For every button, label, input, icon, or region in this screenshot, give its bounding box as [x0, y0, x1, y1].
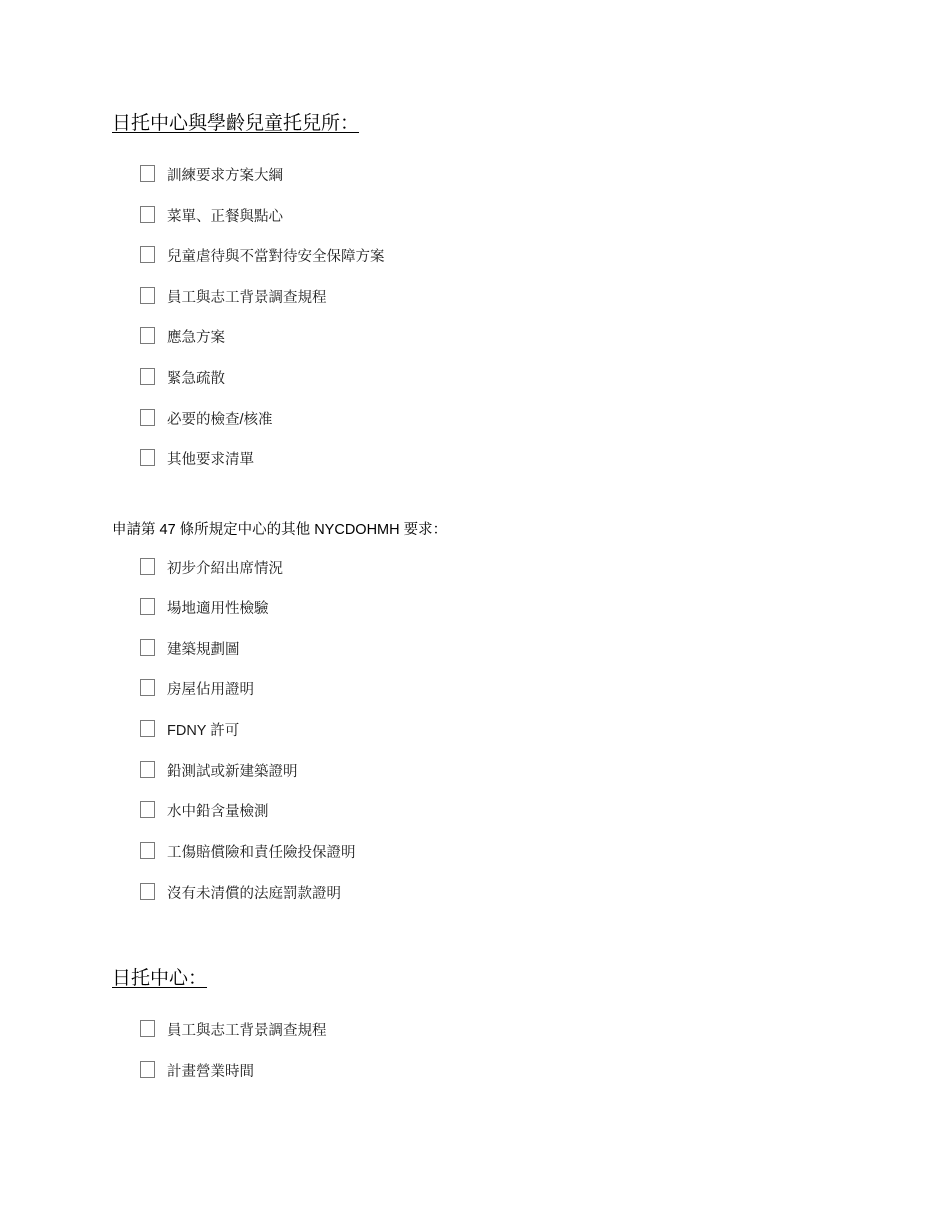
checklist-item-label: 場地適用性檢驗	[167, 600, 269, 618]
checklist-item[interactable]: 沒有未清償的法庭罰款證明	[140, 881, 341, 903]
checkbox[interactable]	[140, 287, 155, 304]
checklist-item[interactable]: 鉛測試或新建築證明	[140, 759, 298, 781]
checkbox[interactable]	[140, 1020, 155, 1037]
checkbox[interactable]	[140, 842, 155, 859]
checklist-item-label: 鉛測試或新建築證明	[167, 763, 298, 781]
checkbox[interactable]	[140, 246, 155, 263]
checkbox[interactable]	[140, 801, 155, 818]
checklist-item-label: 其他要求清單	[167, 451, 254, 469]
checklist-item[interactable]: 菜單、正餐與點心	[140, 204, 283, 226]
checkbox[interactable]	[140, 368, 155, 385]
checkbox[interactable]	[140, 558, 155, 575]
checklist-item-label: 建築規劃圖	[167, 641, 240, 659]
checklist-item-label: 應急方案	[167, 329, 225, 347]
checklist-item-label: 工傷賠償險和責任險投保證明	[167, 844, 356, 862]
checklist-item[interactable]: 計畫營業時間	[140, 1059, 254, 1081]
section-heading-daycare-and-school-age: 日托中心與學齡兒童托兒所：	[112, 112, 359, 136]
section-subheading-article-47-requirements: 申請第 47 條所規定中心的其他 NYCDOHMH 要求：	[112, 520, 447, 540]
checklist-item[interactable]: 訓練要求方案大綱	[140, 163, 283, 185]
checklist-item[interactable]: 初步介紹出席情況	[140, 556, 283, 578]
checklist-item-label: 員工與志工背景調查規程	[167, 1022, 327, 1040]
checklist-item-label: 緊急疏散	[167, 370, 225, 388]
checklist-item-label: 訓練要求方案大綱	[167, 167, 283, 185]
document-page: 日托中心與學齡兒童托兒所： 訓練要求方案大綱 菜單、正餐與點心 兒童虐待與不當對…	[0, 0, 950, 1230]
checklist-item[interactable]: 工傷賠償險和責任險投保證明	[140, 840, 356, 862]
checkbox[interactable]	[140, 883, 155, 900]
checkbox[interactable]	[140, 761, 155, 778]
checklist-item-label: 沒有未清償的法庭罰款證明	[167, 885, 341, 903]
checkbox[interactable]	[140, 409, 155, 426]
checklist-item[interactable]: FDNY 許可	[140, 718, 239, 740]
checklist-item-label: 水中鉛含量檢測	[167, 803, 269, 821]
checklist-item[interactable]: 緊急疏散	[140, 366, 225, 388]
checkbox[interactable]	[140, 165, 155, 182]
checklist-item[interactable]: 員工與志工背景調查規程	[140, 285, 327, 307]
checklist-item[interactable]: 水中鉛含量檢測	[140, 799, 269, 821]
checklist-item[interactable]: 應急方案	[140, 325, 225, 347]
checkbox[interactable]	[140, 598, 155, 615]
checklist-item[interactable]: 員工與志工背景調查規程	[140, 1018, 327, 1040]
checklist-item-label: FDNY 許可	[167, 722, 239, 740]
checkbox[interactable]	[140, 720, 155, 737]
section-heading-daycare: 日托中心：	[112, 967, 207, 991]
checklist-item[interactable]: 場地適用性檢驗	[140, 596, 269, 618]
checkbox[interactable]	[140, 449, 155, 466]
checklist-item[interactable]: 房屋佔用證明	[140, 677, 254, 699]
checklist-item-label: 員工與志工背景調查規程	[167, 289, 327, 307]
checklist-item-label: 菜單、正餐與點心	[167, 208, 283, 226]
checklist-item-label: 初步介紹出席情況	[167, 560, 283, 578]
checklist-item[interactable]: 兒童虐待與不當對待安全保障方案	[140, 244, 385, 266]
checkbox[interactable]	[140, 679, 155, 696]
checkbox[interactable]	[140, 1061, 155, 1078]
checklist-item-label: 兒童虐待與不當對待安全保障方案	[167, 248, 385, 266]
checklist-item[interactable]: 必要的檢查/核准	[140, 407, 273, 429]
checkbox[interactable]	[140, 327, 155, 344]
checklist-item-label: 必要的檢查/核准	[167, 411, 273, 429]
checkbox[interactable]	[140, 206, 155, 223]
checkbox[interactable]	[140, 639, 155, 656]
checklist-item-label: 房屋佔用證明	[167, 681, 254, 699]
checklist-item[interactable]: 其他要求清單	[140, 447, 254, 469]
checklist-item-label: 計畫營業時間	[167, 1063, 254, 1081]
checklist-item[interactable]: 建築規劃圖	[140, 637, 240, 659]
